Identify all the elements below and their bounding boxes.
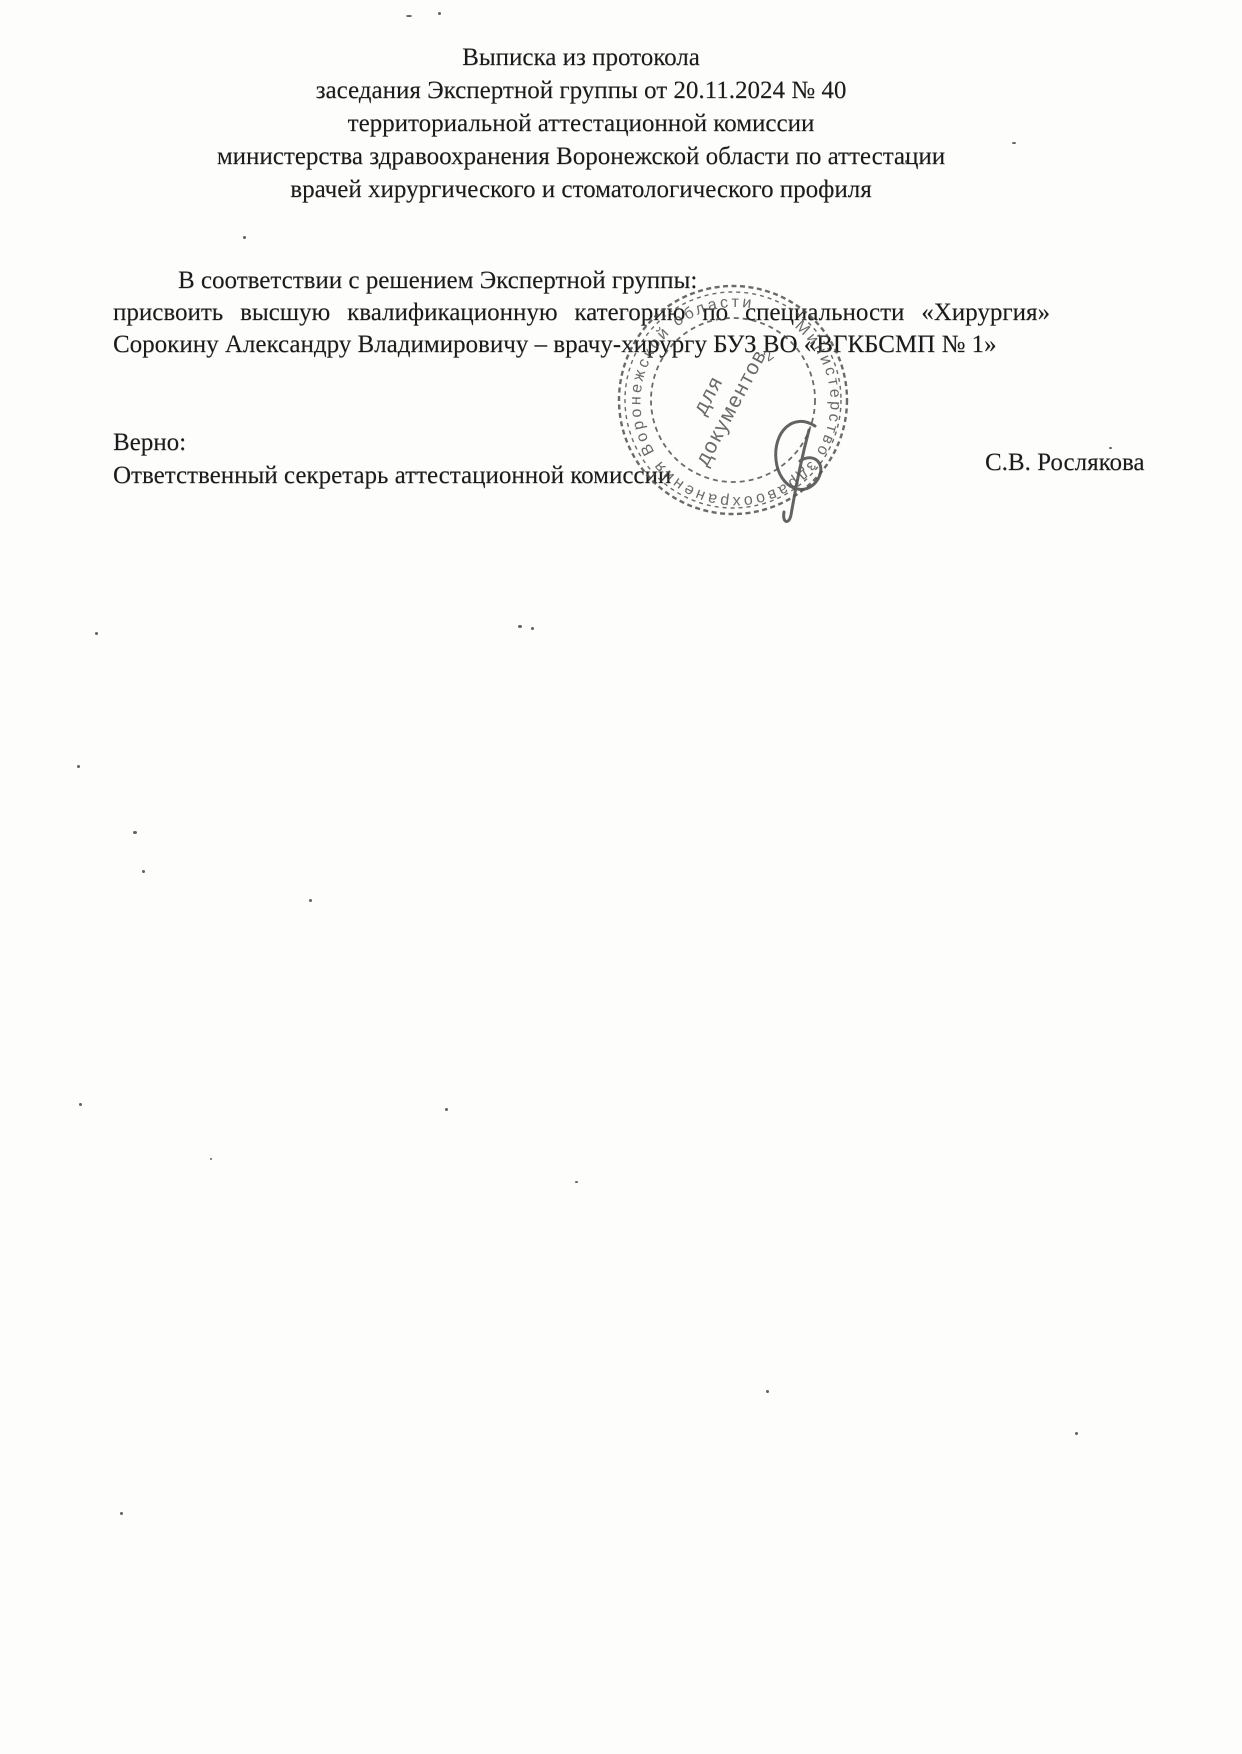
title-line-1: Выписка из протокола bbox=[41, 41, 1121, 74]
scan-speck bbox=[531, 627, 534, 630]
paragraph-intro-line: В соответствии с решением Экспертной гру… bbox=[113, 265, 1050, 297]
scan-speck bbox=[445, 1108, 448, 1111]
verno-label: Верно: bbox=[113, 426, 671, 459]
scan-speck bbox=[95, 632, 98, 635]
title-line-5: врачей хирургического и стоматологическо… bbox=[41, 173, 1121, 206]
scan-speck bbox=[243, 236, 246, 239]
scan-speck bbox=[438, 12, 441, 15]
title-line-4: министерства здравоохранения Воронежской… bbox=[41, 140, 1121, 173]
official-stamp: Министерство здравоохранения Воронежской… bbox=[601, 268, 865, 532]
document-title-block: Выписка из протокола заседания Экспертно… bbox=[41, 41, 1121, 206]
scan-speck bbox=[1012, 142, 1016, 144]
scan-speck bbox=[1109, 447, 1112, 449]
scan-speck bbox=[406, 15, 412, 17]
scan-speck bbox=[79, 1103, 82, 1106]
scan-speck bbox=[309, 899, 312, 902]
title-line-2: заседания Экспертной группы от 20.11.202… bbox=[41, 74, 1121, 107]
certification-block: Верно: Ответственный секретарь аттестаци… bbox=[113, 426, 671, 492]
scan-speck bbox=[1075, 1432, 1078, 1435]
paragraph-line-3: Сорокину Александру Владимировичу – врач… bbox=[113, 329, 1050, 361]
resolution-paragraph: В соответствии с решением Экспертной гру… bbox=[113, 265, 1050, 361]
scan-speck bbox=[133, 831, 137, 834]
scan-speck bbox=[575, 1181, 578, 1183]
scan-speck bbox=[766, 1390, 769, 1393]
scan-speck bbox=[142, 870, 145, 873]
scan-speck bbox=[77, 765, 80, 768]
scan-speck bbox=[210, 1158, 212, 1160]
secretary-name: С.В. Рослякова bbox=[985, 449, 1145, 477]
scan-speck bbox=[120, 1512, 123, 1515]
document-page: Выписка из протокола заседания Экспертно… bbox=[0, 0, 1242, 1754]
secretary-label: Ответственный секретарь аттестационной к… bbox=[113, 459, 671, 492]
scan-speck bbox=[905, 160, 908, 163]
paragraph-line-2: присвоить высшую квалификационную катего… bbox=[113, 297, 1050, 329]
scan-speck bbox=[518, 625, 522, 628]
title-line-3: территориальной аттестационной комиссии bbox=[41, 107, 1121, 140]
